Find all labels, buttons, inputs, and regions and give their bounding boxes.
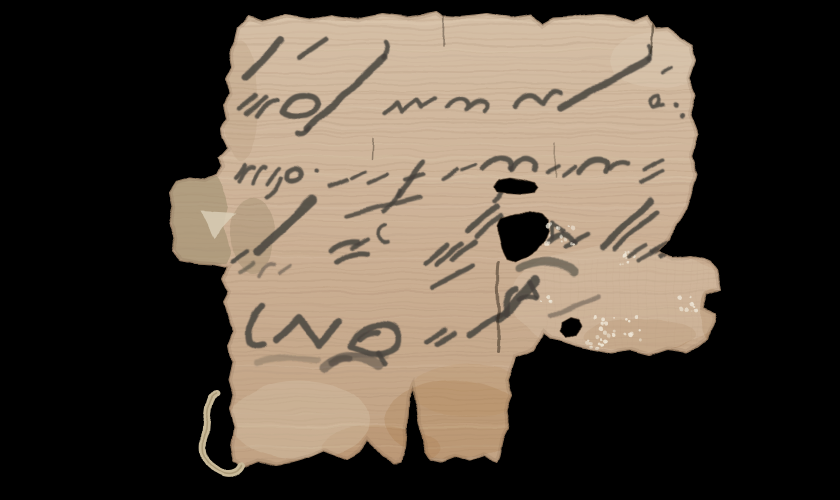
crack (555, 142, 556, 176)
stain (230, 197, 274, 273)
ink-dot (679, 113, 684, 118)
photo-canvas (0, 0, 840, 500)
papyrus-photograph (0, 0, 840, 500)
crack (497, 262, 499, 352)
crack (371, 139, 372, 159)
ink-dot (314, 170, 319, 175)
ink-dot (673, 102, 679, 108)
stain (230, 380, 370, 460)
papyrus-photo-svg (0, 0, 840, 500)
